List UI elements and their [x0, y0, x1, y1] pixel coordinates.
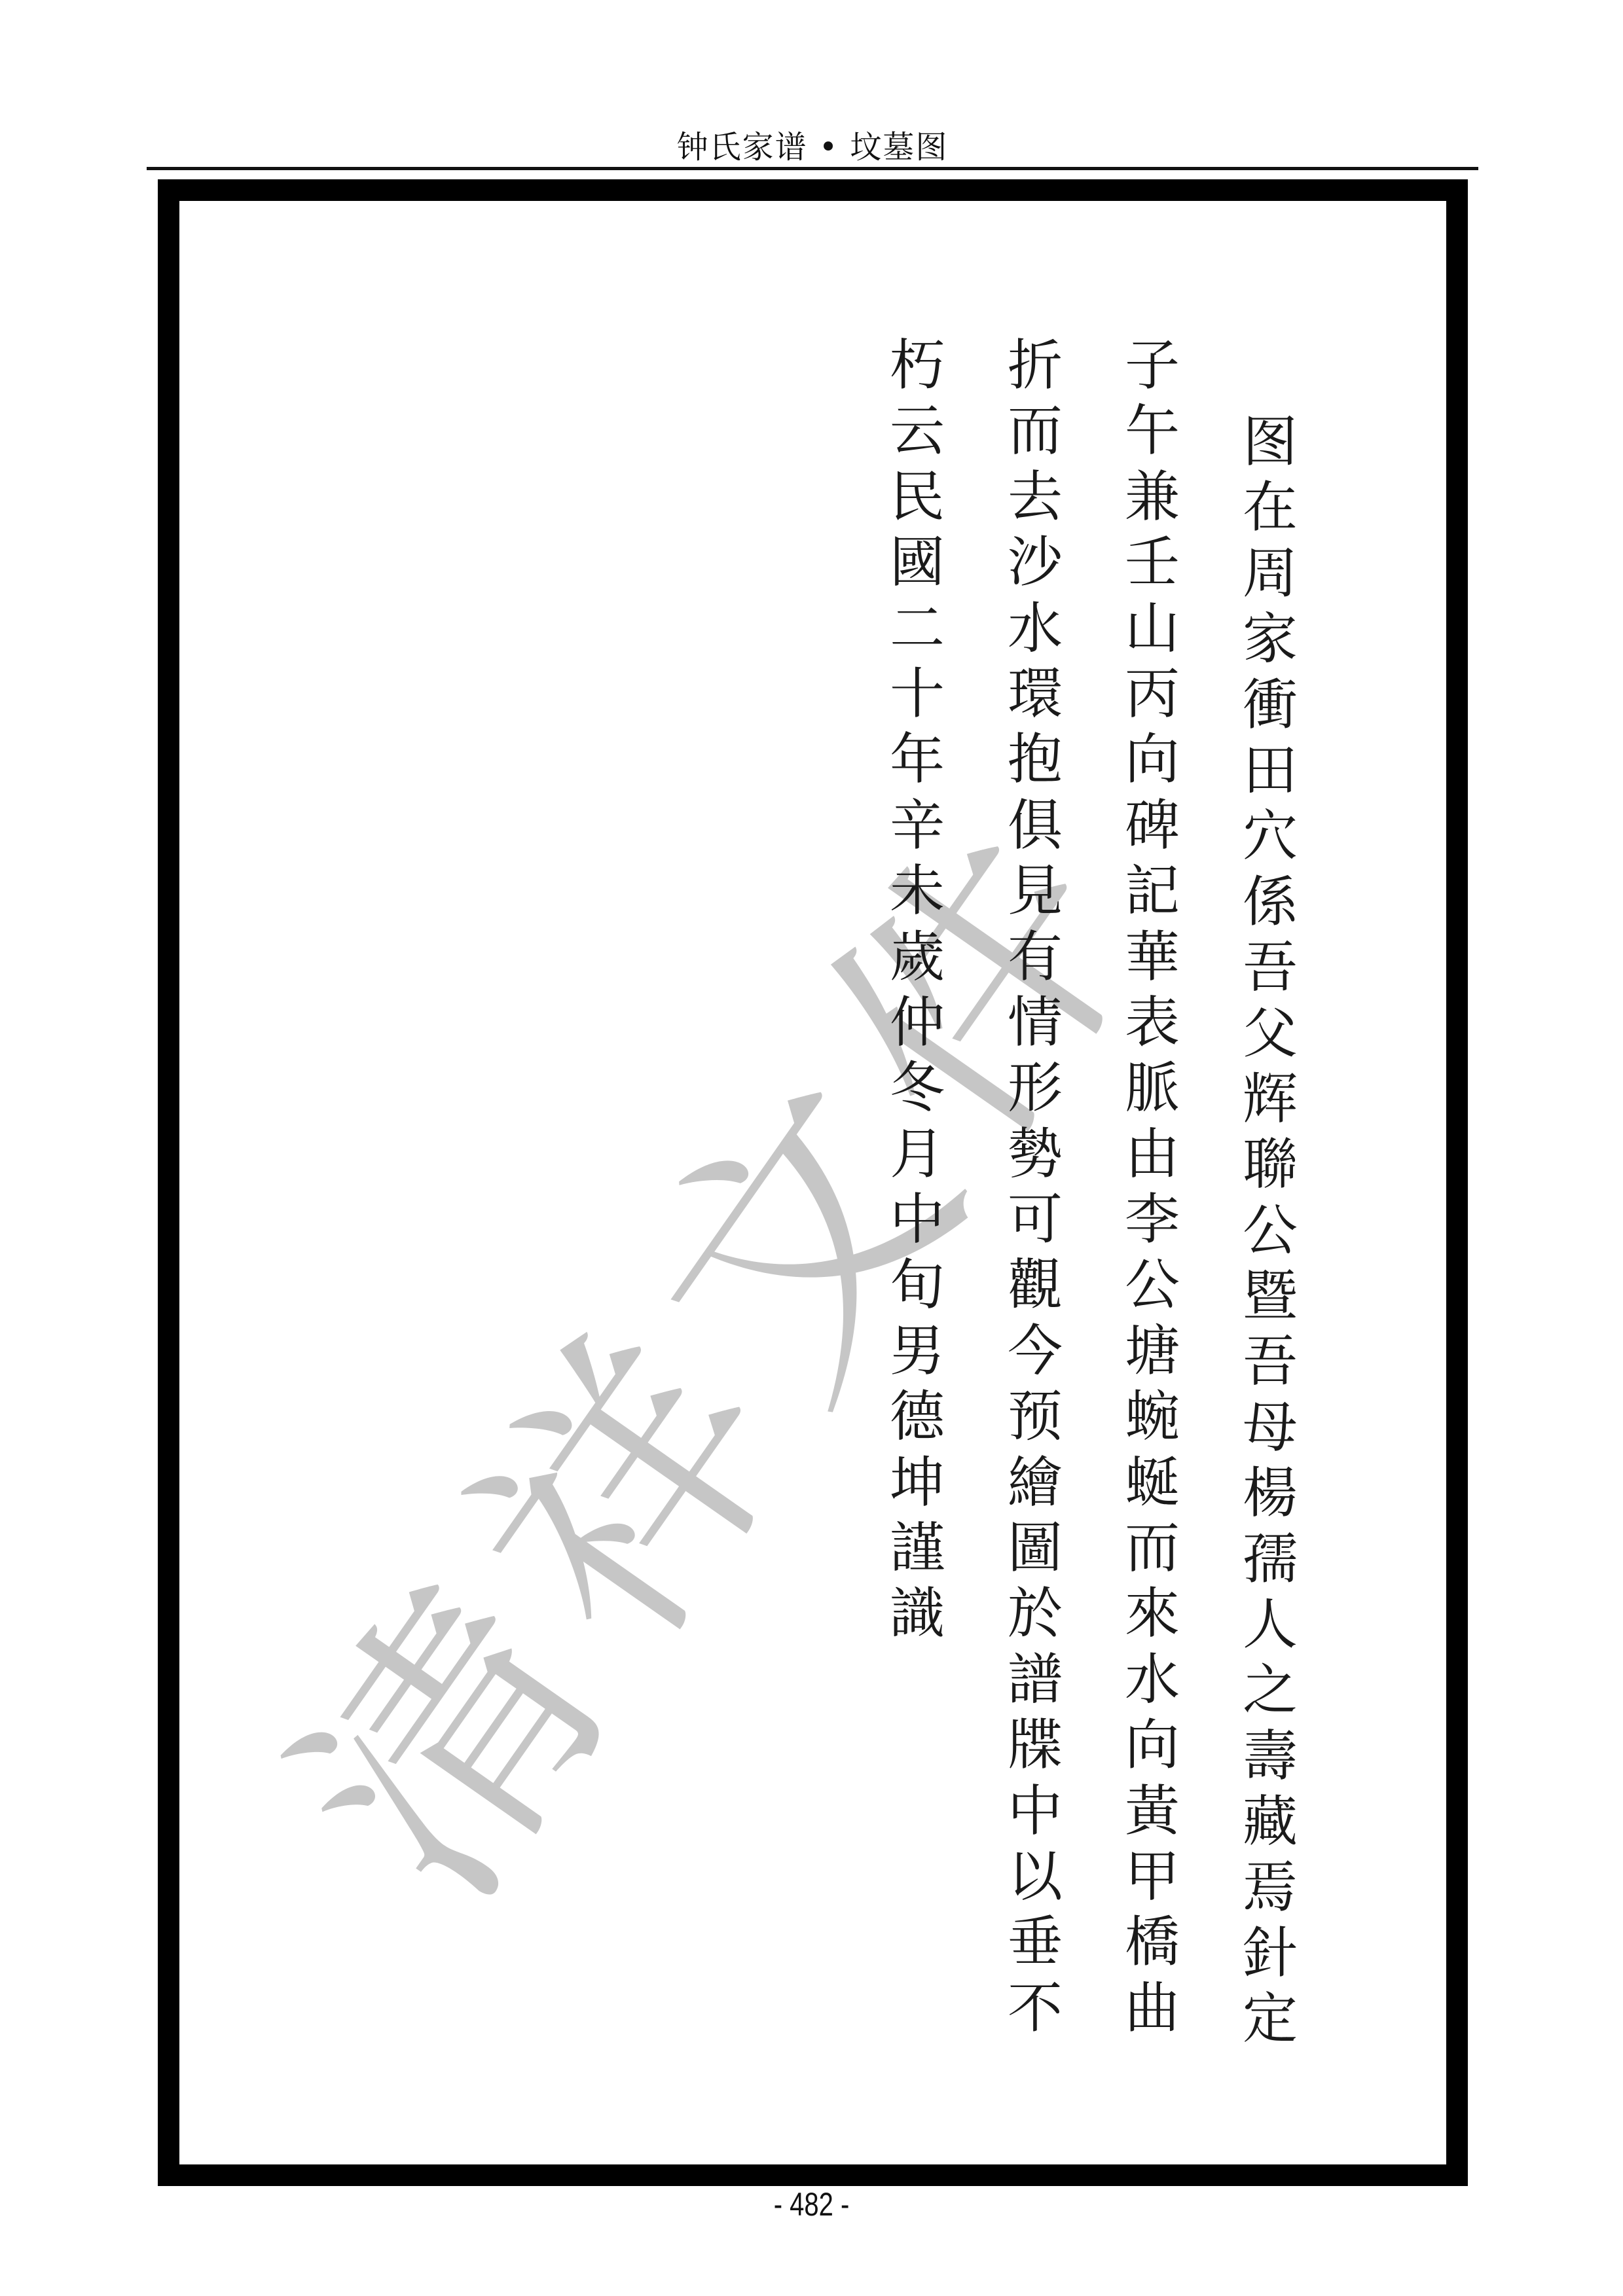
text-glyph: 母 [1234, 1395, 1306, 1460]
text-glyph: 之 [1234, 1657, 1306, 1723]
text-glyph: 孺 [1234, 1526, 1306, 1592]
text-glyph: 繪 [999, 1450, 1071, 1515]
text-glyph: 暨 [1234, 1263, 1306, 1329]
text-glyph: 吾 [1234, 935, 1306, 1000]
running-header-title: 钟氏家谱 • 坟墓图 [147, 128, 1478, 166]
text-glyph: 水 [1116, 1647, 1188, 1712]
text-glyph: 針 [1234, 1920, 1306, 1986]
text-glyph: 記 [1116, 858, 1188, 924]
text-glyph: 不 [999, 1975, 1071, 2041]
text-glyph: 聯 [1234, 1132, 1306, 1197]
text-glyph: 旬 [881, 1252, 953, 1318]
text-glyph: 沙 [999, 529, 1071, 595]
text-glyph: 定 [1234, 1986, 1306, 2051]
text-glyph: 午 [1116, 398, 1188, 463]
text-glyph: 今 [999, 1318, 1071, 1384]
document-page: 钟氏家谱 • 坟墓图 清祥文件 图在周家衝田穴係吾父辉聯公暨吾母楊孺人之壽藏焉針… [0, 0, 1623, 2296]
header-rule [147, 167, 1478, 170]
text-glyph: 向 [1116, 726, 1188, 792]
text-glyph: 德 [881, 1384, 953, 1449]
text-glyph: 公 [1234, 1198, 1306, 1263]
text-glyph: 辛 [881, 793, 953, 858]
text-glyph: 衝 [1234, 672, 1306, 738]
text-glyph: 壬 [1116, 529, 1188, 595]
text-column-2: 子午兼壬山丙向碑記華表脈由李公塘蜿蜒而來水向黃甲橋曲 [1116, 332, 1188, 2041]
text-glyph: 形 [999, 1055, 1071, 1121]
page-number: - 482 - [162, 2185, 1461, 2224]
text-glyph: 家 [1234, 606, 1306, 672]
text-glyph: 在 [1234, 475, 1306, 540]
text-glyph: 李 [1116, 1187, 1188, 1252]
text-glyph: 碑 [1116, 793, 1188, 858]
text-glyph: 去 [999, 464, 1071, 529]
text-glyph: 見 [999, 858, 1071, 924]
text-glyph: 未 [881, 858, 953, 924]
text-glyph: 云 [881, 398, 953, 463]
text-glyph: 丙 [1116, 661, 1188, 726]
text-glyph: 辉 [1234, 1066, 1306, 1132]
text-glyph: 民 [881, 464, 953, 529]
text-glyph: 人 [1234, 1592, 1306, 1657]
text-glyph: 歲 [881, 924, 953, 990]
text-glyph: 以 [999, 1844, 1071, 1909]
text-glyph: 中 [999, 1778, 1071, 1844]
text-glyph: 藏 [1234, 1789, 1306, 1854]
text-glyph: 田 [1234, 738, 1306, 803]
text-glyph: 坤 [881, 1450, 953, 1515]
text-glyph: 勢 [999, 1121, 1071, 1187]
text-glyph: 冬 [881, 1055, 953, 1121]
text-glyph: 脈 [1116, 1055, 1188, 1121]
text-glyph: 圖 [999, 1515, 1071, 1581]
text-glyph: 觀 [999, 1252, 1071, 1318]
text-glyph: 楊 [1234, 1460, 1306, 1526]
text-glyph: 吾 [1234, 1329, 1306, 1394]
text-glyph: 橋 [1116, 1909, 1188, 1975]
text-glyph: 蜿 [1116, 1384, 1188, 1449]
text-column-3: 折而去沙水環抱俱見有情形勢可觀今预繪圖於譜牒中以垂不 [999, 332, 1071, 2041]
text-glyph: 抱 [999, 726, 1071, 792]
text-glyph: 折 [999, 332, 1071, 398]
text-glyph: 黃 [1116, 1778, 1188, 1844]
text-glyph: 二 [881, 596, 953, 661]
text-glyph: 而 [1116, 1515, 1188, 1581]
text-glyph: 表 [1116, 990, 1188, 1055]
text-glyph: 蜒 [1116, 1450, 1188, 1515]
text-glyph: 來 [1116, 1581, 1188, 1646]
text-glyph: 垂 [999, 1909, 1071, 1975]
text-glyph: 向 [1116, 1712, 1188, 1778]
text-glyph: 譜 [999, 1647, 1071, 1712]
text-glyph: 年 [881, 726, 953, 792]
text-glyph: 俱 [999, 793, 1071, 858]
text-glyph: 仲 [881, 990, 953, 1055]
text-glyph: 曲 [1116, 1975, 1188, 2041]
text-glyph: 兼 [1116, 464, 1188, 529]
text-glyph: 識 [881, 1581, 953, 1646]
text-glyph: 十 [881, 661, 953, 726]
text-glyph: 预 [999, 1384, 1071, 1449]
text-glyph: 情 [999, 990, 1071, 1055]
text-glyph: 牒 [999, 1712, 1071, 1778]
text-glyph: 山 [1116, 596, 1188, 661]
text-glyph: 中 [881, 1187, 953, 1252]
text-glyph: 公 [1116, 1252, 1188, 1318]
text-glyph: 男 [881, 1318, 953, 1384]
text-glyph: 朽 [881, 332, 953, 398]
text-glyph: 華 [1116, 924, 1188, 990]
text-glyph: 係 [1234, 869, 1306, 935]
text-glyph: 謹 [881, 1515, 953, 1581]
text-glyph: 環 [999, 661, 1071, 726]
text-column-1: 图在周家衝田穴係吾父辉聯公暨吾母楊孺人之壽藏焉針定 [1234, 409, 1306, 2052]
text-glyph: 塘 [1116, 1318, 1188, 1384]
text-glyph: 可 [999, 1187, 1071, 1252]
text-glyph: 由 [1116, 1121, 1188, 1187]
text-glyph: 壽 [1234, 1723, 1306, 1789]
text-glyph: 水 [999, 596, 1071, 661]
text-column-4: 朽云民國二十年辛未歲仲冬月中旬男德坤謹識 [881, 332, 953, 1647]
text-glyph: 月 [881, 1121, 953, 1187]
text-glyph: 於 [999, 1581, 1071, 1646]
text-glyph: 甲 [1116, 1844, 1188, 1909]
text-glyph: 父 [1234, 1001, 1306, 1066]
text-glyph: 而 [999, 398, 1071, 463]
text-glyph: 焉 [1234, 1855, 1306, 1920]
text-glyph: 國 [881, 529, 953, 595]
text-glyph: 子 [1116, 332, 1188, 398]
text-glyph: 穴 [1234, 803, 1306, 869]
text-glyph: 图 [1234, 409, 1306, 475]
text-glyph: 周 [1234, 541, 1306, 606]
text-glyph: 有 [999, 924, 1071, 990]
